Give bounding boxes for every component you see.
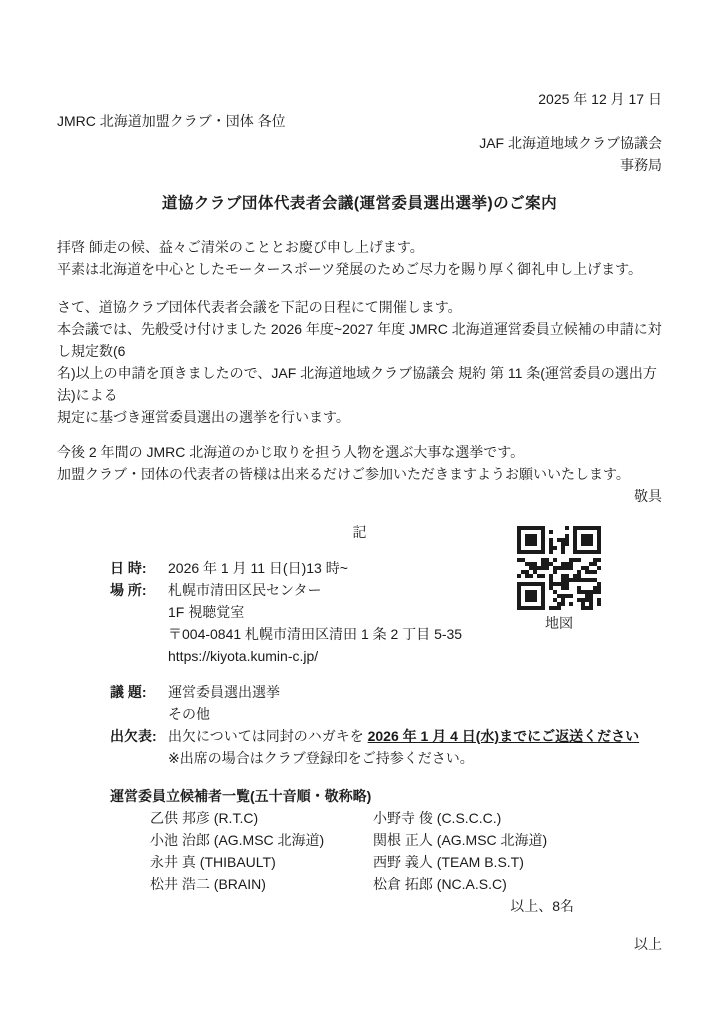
attendance-row: 出欠表: 出欠については同封のハガキを 2026 年 1 月 4 日(水)までに…: [57, 725, 662, 747]
greeting-line: 平素は北海道を中心としたモータースポーツ発展のためご尽力を賜り厚く御礼申し上げま…: [57, 258, 662, 280]
map-qr-caption: 地図: [517, 612, 601, 634]
place-label: 場 所:: [110, 579, 168, 601]
candidate-row: 乙供 邦彦 (R.T.C) 小野寺 俊 (C.S.C.C.): [150, 807, 662, 829]
recipient-line: JMRC 北海道加盟クラブ・団体 各位: [57, 110, 662, 132]
keigu-closing: 敬具: [57, 485, 662, 507]
main-paragraph: さて、道協クラブ団体代表者会議を下記の日程にて開催します。 本会議では、先般受け…: [57, 296, 662, 428]
agenda-item: 運営委員選出選挙: [168, 681, 280, 703]
candidates-total: 以上、8名: [57, 895, 662, 917]
place-url: https://kiyota.kumin-c.jp/: [168, 645, 662, 667]
attendance-prefix: 出欠については同封のハガキを: [168, 728, 368, 744]
document-content: 2025 年 12 月 17 日 JMRC 北海道加盟クラブ・団体 各位 JAF…: [57, 88, 662, 955]
attendance-deadline: 2026 年 1 月 4 日(水)までにご返送ください: [368, 728, 640, 744]
candidate-row: 小池 治郎 (AG.MSC 北海道) 関根 正人 (AG.MSC 北海道): [150, 829, 662, 851]
document-end-marker: 以上: [57, 933, 662, 955]
candidate-row: 松井 浩二 (BRAIN) 松倉 拓郎 (NC.A.S.C): [150, 873, 662, 895]
candidate-row: 永井 真 (THIBAULT) 西野 義人 (TEAM B.S.T): [150, 851, 662, 873]
greeting-paragraph: 拝啓 師走の候、益々ご清栄のこととお慶び申し上げます。 平素は北海道を中心とした…: [57, 236, 662, 280]
document-date: 2025 年 12 月 17 日: [57, 88, 662, 110]
main-line: さて、道協クラブ団体代表者会議を下記の日程にて開催します。: [57, 296, 662, 318]
datetime-label: 日 時:: [110, 557, 168, 579]
closing-line: 加盟クラブ・団体の代表者の皆様は出来るだけご参加いただきますようお願いいたします…: [57, 463, 662, 485]
candidate-name: 乙供 邦彦 (R.T.C): [150, 807, 373, 829]
datetime-value: 2026 年 1 月 11 日(日)13 時~: [168, 557, 348, 579]
candidate-name: 関根 正人 (AG.MSC 北海道): [373, 829, 547, 851]
sender-dept: 事務局: [57, 154, 662, 176]
attendance-label: 出欠表:: [110, 725, 168, 747]
closing-line: 今後 2 年間の JMRC 北海道のかじ取りを担う人物を選ぶ大事な選挙です。: [57, 441, 662, 463]
agenda-item: その他: [168, 703, 662, 725]
candidate-name: 松井 浩二 (BRAIN): [150, 873, 373, 895]
main-line: 規定に基づき運営委員選出の選挙を行います。: [57, 406, 662, 428]
map-qr-code: [517, 526, 601, 610]
agenda-label: 議 題:: [110, 681, 168, 703]
closing-paragraph: 今後 2 年間の JMRC 北海道のかじ取りを担う人物を選ぶ大事な選挙です。 加…: [57, 441, 662, 485]
main-line: 名)以上の申請を頂きましたので、JAF 北海道地域クラブ協議会 規約 第 11 …: [57, 362, 662, 406]
candidate-name: 小池 治郎 (AG.MSC 北海道): [150, 829, 373, 851]
document-page: 2025 年 12 月 17 日 JMRC 北海道加盟クラブ・団体 各位 JAF…: [0, 0, 724, 1024]
candidate-name: 西野 義人 (TEAM B.S.T): [373, 851, 524, 873]
agenda-row: 議 題: 運営委員選出選挙: [57, 681, 662, 703]
attendance-note: ※出席の場合はクラブ登録印をご持参ください。: [168, 747, 662, 769]
place-name: 札幌市清田区民センター: [168, 579, 321, 601]
candidates-heading: 運営委員立候補者一覧(五十音順・敬称略): [110, 785, 662, 807]
candidate-name: 松倉 拓郎 (NC.A.S.C): [373, 873, 507, 895]
sender-org: JAF 北海道地域クラブ協議会: [57, 132, 662, 154]
main-line: 本会議では、先般受け付けました 2026 年度~2027 年度 JMRC 北海道…: [57, 318, 662, 362]
document-title: 道協クラブ団体代表者会議(運営委員選出選挙)のご案内: [57, 192, 662, 216]
greeting-line: 拝啓 師走の候、益々ご清栄のこととお慶び申し上げます。: [57, 236, 662, 258]
candidate-name: 小野寺 俊 (C.S.C.C.): [373, 807, 501, 829]
attendance-value: 出欠については同封のハガキを 2026 年 1 月 4 日(水)までにご返送くだ…: [168, 725, 639, 747]
candidate-name: 永井 真 (THIBAULT): [150, 851, 373, 873]
